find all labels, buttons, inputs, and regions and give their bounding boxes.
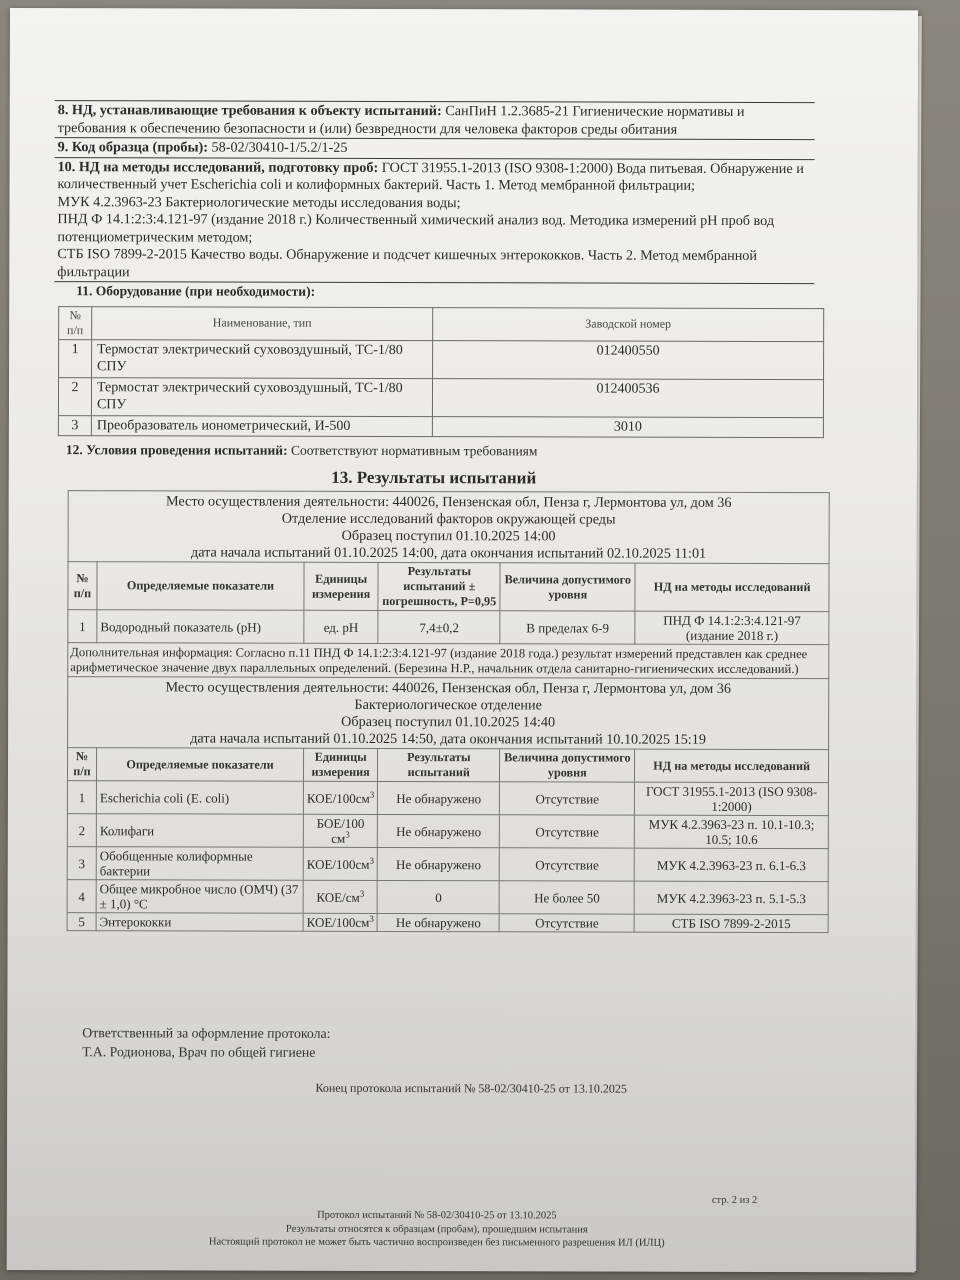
section-10: 10. НД на методы исследований, подготовк… (54, 157, 814, 284)
header-num: № п/п (59, 306, 92, 339)
section-12-label: 12. Условия проведения испытаний: (66, 442, 288, 458)
row-num: 3 (58, 415, 91, 436)
table-row: 5ЭнтерококкиКОЕ/100см3Не обнаруженоОтсут… (67, 913, 828, 933)
method-nd: ПНД Ф 14.1:2:3:4.121-97 (издание 2018 г.… (635, 611, 829, 645)
header-nd: НД на методы исследований (635, 563, 829, 612)
row-num: 5 (67, 913, 96, 931)
equipment-name: Преобразователь ионометрический, И-500 (91, 415, 432, 436)
block-2-header: Место осуществления деятельности: 440026… (68, 677, 829, 750)
method-line: МУК 4.2.3963-23 Бактериологические метод… (57, 194, 460, 211)
result-value: Не обнаружено (378, 781, 500, 814)
allowed-limit: Отсутствие (500, 782, 635, 815)
conditions-text: Соответствуют нормативным требованиям (288, 443, 538, 459)
test-dates: дата начала испытаний 01.10.2025 14:50, … (72, 730, 824, 749)
header-num: № п/п (68, 562, 97, 610)
results-title: 13. Результаты испытаний (54, 468, 814, 487)
header-indicator: Определяемые показатели (96, 748, 303, 782)
results-table: Место осуществления деятельности: 440026… (67, 490, 830, 933)
unit-exponent: 3 (369, 914, 374, 924)
section-10-label: 10. НД на методы исследований, подготовк… (58, 159, 379, 176)
method-nd: ГОСТ 31955.1-2013 (ISO 9308-1:2000) (635, 782, 829, 816)
protocol-body: 8. НД, устанавливающие требования к объе… (53, 100, 815, 933)
block-1-column-headers: № п/п Определяемые показатели Единицы из… (68, 562, 829, 612)
serial-number: 012400550 (433, 340, 824, 379)
allowed-limit: Не более 50 (499, 881, 634, 914)
indicator: Колифаги (96, 814, 303, 848)
department: Отделение исследований факторов окружающ… (73, 510, 825, 529)
allowed-limit: Отсутствие (500, 848, 635, 881)
additional-info-row: Дополнительная информация: Согласно п.11… (68, 643, 829, 679)
unit-exponent: 3 (360, 888, 365, 898)
header-serial: Заводской номер (433, 307, 824, 341)
section-8-label: 8. НД, устанавливающие требования к объе… (58, 102, 442, 119)
header-unit: Единицы измерения (303, 748, 377, 781)
place-of-activity: Место осуществления деятельности: 440026… (73, 493, 825, 512)
section-9-label: 9. Код образца (пробы): (58, 139, 208, 155)
unit-text: КОЕ/100см (307, 856, 370, 871)
bacteriology-rows: 1Escherichia coli (E. coli)КОЕ/100см3Не … (67, 781, 828, 933)
result-value: 0 (377, 880, 499, 913)
row-num: 1 (59, 339, 92, 377)
table-row: 4Общее микробное число (ОМЧ) (37 ± 1,0) … (67, 880, 828, 915)
table-row: 2 Термостат электрический суховоздушный,… (58, 377, 823, 417)
table-row: 1 Водородный показатель (pH) ед. pH 7,4±… (68, 610, 829, 645)
test-dates: дата начала испытаний 01.10.2025 14:00, … (73, 544, 825, 563)
document-page: 8. НД, устанавливающие требования к объе… (7, 8, 918, 1272)
row-num: 3 (67, 847, 96, 880)
table-row: 3 Преобразователь ионометрический, И-500… (58, 415, 823, 438)
serial-number: 3010 (432, 416, 823, 438)
indicator: Escherichia coli (E. coli) (96, 781, 303, 815)
indicator: Обобщенные колиформные бактерии (96, 847, 303, 881)
unit: БОЕ/100 см3 (303, 814, 377, 847)
method-line: ПНД Ф 14.1:2:3:4.121-97 (издание 2018 г.… (57, 211, 774, 245)
sample-code: 58-02/30410-1/5.2/1-25 (208, 140, 348, 156)
header-result: Результаты испытаний ± погрешность, Р=0,… (378, 562, 500, 610)
unit: КОЕ/100см3 (303, 847, 377, 880)
unit-text: КОЕ/100см (307, 790, 370, 805)
method-nd: СТБ ISO 7899-2-2015 (634, 914, 828, 933)
footer-copyright-line: Настоящий протокол не может быть частичн… (7, 1235, 867, 1251)
unit-exponent: 3 (370, 789, 375, 799)
additional-info: Дополнительная информация: Согласно п.11… (68, 643, 829, 679)
row-num: 2 (58, 377, 91, 415)
table-row: 2КолифагиБОЕ/100 см3Не обнаруженоОтсутст… (67, 814, 828, 849)
section-8: 8. НД, устанавливающие требования к объе… (55, 100, 815, 139)
block-2-column-headers: № п/п Определяемые показатели Единицы из… (67, 748, 828, 783)
header-name: Наименование, тип (92, 306, 433, 340)
unit: ед. pH (304, 610, 378, 643)
responsible-label: Ответственный за оформление протокола: (82, 1023, 330, 1043)
row-num: 4 (67, 880, 96, 913)
header-indicator: Определяемые показатели (97, 562, 304, 611)
sample-received: Образец поступил 01.10.2025 14:40 (72, 713, 824, 732)
unit-text: КОЕ/см (316, 889, 359, 904)
unit: КОЕ/100см3 (303, 781, 377, 814)
equipment-table: № п/п Наименование, тип Заводской номер … (58, 306, 824, 439)
header-result: Результаты испытаний (378, 748, 500, 781)
indicator: Энтерококки (96, 913, 303, 932)
equipment-name: Термостат электрический суховоздушный, Т… (91, 377, 432, 416)
footer: Протокол испытаний № 58-02/30410-25 от 1… (7, 1208, 867, 1251)
sample-received: Образец поступил 01.10.2025 14:00 (73, 527, 825, 546)
equipment-name: Термостат электрический суховоздушный, Т… (92, 339, 433, 378)
row-num: 1 (67, 781, 96, 814)
result-value: 7,4±0,2 (378, 610, 500, 643)
header-unit: Единицы измерения (304, 562, 378, 610)
indicator: Общее микробное число (ОМЧ) (37 ± 1,0) °… (96, 880, 303, 914)
header-limit: Величина допустимого уровня (500, 563, 635, 611)
unit: КОЕ/см3 (303, 880, 377, 913)
row-num: 2 (67, 814, 96, 847)
unit-exponent: 3 (345, 830, 350, 840)
block-1-header: Место осуществления деятельности: 440026… (68, 491, 829, 564)
result-value: Не обнаружено (378, 847, 500, 880)
end-of-protocol: Конец протокола испытаний № 58-02/30410-… (7, 1080, 925, 1097)
page-number: стр. 2 из 2 (712, 1195, 757, 1206)
place-of-activity: Место осуществления деятельности: 440026… (72, 679, 824, 698)
unit-text: КОЕ/100см (307, 915, 370, 930)
allowed-limit: Отсутствие (499, 914, 634, 932)
method-nd: МУК 4.2.3963-23 п. 10.1-10.3; 10.5; 10.6 (635, 815, 829, 849)
serial-number: 012400536 (432, 378, 823, 417)
unit: КОЕ/100см3 (303, 913, 377, 931)
responsible-person: Т.А. Родионова, Врач по общей гигиене (82, 1042, 330, 1062)
section-11-label: 11. Оборудование (при необходимости): (54, 282, 814, 301)
method-nd: МУК 4.2.3963-23 п. 6.1-6.3 (635, 848, 829, 882)
method-nd: МУК 4.2.3963-23 п. 5.1-5.3 (634, 881, 828, 915)
table-row: 1Escherichia coli (E. coli)КОЕ/100см3Не … (67, 781, 828, 816)
table-row: 1 Термостат электрический суховоздушный,… (59, 339, 824, 379)
unit-text: БОЕ/100 см (317, 816, 365, 846)
result-value: Не обнаружено (378, 814, 500, 847)
equipment-header-row: № п/п Наименование, тип Заводской номер (59, 306, 824, 341)
method-line: СТБ ISO 7899-2-2015 Качество воды. Обнар… (57, 246, 757, 280)
result-value: Не обнаружено (377, 913, 499, 931)
header-limit: Величина допустимого уровня (500, 749, 635, 782)
row-num: 1 (68, 610, 97, 643)
section-12: 12. Условия проведения испытаний: Соотве… (54, 441, 814, 460)
table-row: 3Обобщенные колиформные бактерииКОЕ/100с… (67, 847, 828, 882)
allowed-limit: Отсутствие (500, 815, 635, 848)
header-num: № п/п (67, 748, 96, 781)
department: Бактериологическое отделение (72, 696, 824, 715)
indicator: Водородный показатель (pH) (97, 610, 304, 644)
allowed-limit: В пределах 6-9 (500, 611, 635, 644)
section-9: 9. Код образца (пробы): 58-02/30410-1/5.… (55, 137, 815, 158)
header-nd: НД на методы исследований (635, 749, 829, 783)
unit-exponent: 3 (370, 855, 375, 865)
responsible-block: Ответственный за оформление протокола: Т… (82, 1023, 330, 1062)
